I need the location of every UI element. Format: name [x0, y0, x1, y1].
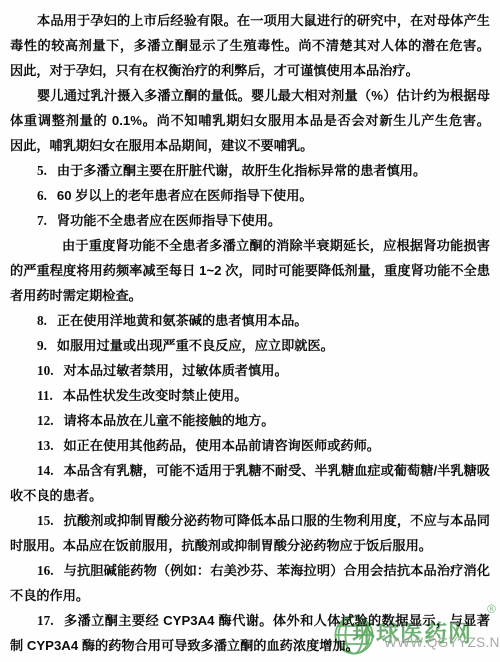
list-item-line: 11.本品性状发生改变时禁止使用。 [10, 383, 490, 408]
line-text: 收不良的患者。 [10, 488, 102, 503]
list-item-line: 12.请将本品放在儿童不能接触的地方。 [10, 408, 490, 433]
list-item-line: 8.正在使用洋地黄和氨茶碱的患者慎用本品。 [10, 308, 490, 333]
item-number: 14. [37, 463, 53, 478]
line-text: 因此，对于孕妇，只有在权衡治疗的利弊后，才可谨慎使用本品治疗。 [10, 63, 419, 78]
line-text: 正在使用洋地黄和氨茶碱的患者慎用本品。 [57, 313, 308, 328]
list-item-line: 6.60 岁以上的老年患者应在医师指导下使用。 [10, 183, 490, 208]
list-item-line: 5.由于多潘立酮主要在肝脏代谢，故肝生化指标异常的患者慎用。 [10, 158, 490, 183]
paragraph-line: 因此，对于孕妇，只有在权衡治疗的利弊后，才可谨慎使用本品治疗。 [10, 58, 490, 83]
list-item-line: 17.多潘立酮主要经 CYP3A4 酶代谢。体外和人体试验的数据显示，与显著抑 [10, 608, 490, 633]
paragraph-line: 的严重程度将用药频率减至每日 1~2 次，同时可能要降低剂量，重度肾功能不全患 [10, 258, 490, 283]
line-text: 毒性的较高剂量下，多潘立酮显示了生殖毒性。尚不清楚其对人体的潜在危害。 [10, 38, 490, 53]
paragraph-line: 不良的作用。 [10, 583, 490, 608]
item-number: 17. [37, 613, 53, 628]
line-text: 由于多潘立酮主要在肝脏代谢，故肝生化指标异常的患者慎用。 [57, 163, 426, 178]
list-item-line: 9.如服用过量或出现严重不良反应，应立即就医。 [10, 333, 490, 358]
paragraph-line: 体重调整剂量的 0.1%。尚不知哺乳期妇女服用本品是否会对新生儿产生危害。 [10, 108, 490, 133]
paragraph-line: 收不良的患者。 [10, 483, 490, 508]
item-number: 16. [37, 563, 53, 578]
list-item-line: 10.对本品过敏者禁用，过敏体质者慎用。 [10, 358, 490, 383]
line-text: 不良的作用。 [10, 588, 89, 603]
list-item-line: 7.肾功能不全患者应在医师指导下使用。 [10, 208, 490, 233]
item-number: 13. [37, 438, 53, 453]
line-text: 的严重程度将用药频率减至每日 1~2 次，同时可能要降低剂量，重度肾功能不全患 [10, 263, 490, 278]
line-text: 者用药时需定期检查。 [10, 288, 142, 303]
item-number: 11. [37, 388, 53, 403]
item-number: 7. [37, 213, 47, 228]
item-number: 15. [37, 513, 53, 528]
list-item-line: 13.如正在使用其他药品，使用本品前请咨询医师或药师。 [10, 433, 490, 458]
paragraph-line: 毒性的较高剂量下，多潘立酮显示了生殖毒性。尚不清楚其对人体的潜在危害。 [10, 33, 490, 58]
line-text: 如正在使用其他药品，使用本品前请咨询医师或药师。 [63, 438, 380, 453]
line-text: 与抗胆碱能药物（例如：右美沙芬、苯海拉明）合用会拮抗本品治疗消化 [63, 563, 490, 578]
line-text: 本品用于孕妇的上市后经验有限。在一项用大鼠进行的研究中，在对母体产生 [37, 13, 490, 28]
item-number: 9. [37, 338, 47, 353]
paragraph-line: 本品用于孕妇的上市后经验有限。在一项用大鼠进行的研究中，在对母体产生 [10, 8, 490, 33]
line-text: 对本品过敏者禁用，过敏体质者慎用。 [63, 363, 287, 378]
paragraph-line: 由于重度肾功能不全患者多潘立酮的消除半衰期延长，应根据肾功能损害 [10, 233, 490, 258]
document-page: 环球医药网 ® WWW.QGYYZS.NET 本品用于孕妇的上市后经验有限。在一… [0, 0, 500, 662]
paragraph-line: 因此，哺乳期妇女在服用本品期间，建议不要哺乳。 [10, 133, 490, 158]
line-text: 肾功能不全患者应在医师指导下使用。 [57, 213, 281, 228]
item-number: 6. [37, 188, 47, 203]
line-text: 制 CYP3A4 酶的药物合用可导致多潘立酮的血药浓度增加。 [10, 638, 359, 653]
paragraph-line: 时服用。本品应在饭前服用，抗酸剂或抑制胃酸分泌药物应于饭后服用。 [10, 533, 490, 558]
line-text: 60 岁以上的老年患者应在医师指导下使用。 [57, 188, 313, 203]
document-lines: 本品用于孕妇的上市后经验有限。在一项用大鼠进行的研究中，在对母体产生毒性的较高剂… [10, 8, 490, 658]
item-number: 12. [37, 413, 53, 428]
line-text: 本品性状发生改变时禁止使用。 [63, 388, 248, 403]
line-text: 请将本品放在儿童不能接触的地方。 [63, 413, 274, 428]
item-number: 5. [37, 163, 47, 178]
line-text: 多潘立酮主要经 CYP3A4 酶代谢。体外和人体试验的数据显示，与显著抑 [37, 613, 490, 633]
list-item-line: 16.与抗胆碱能药物（例如：右美沙芬、苯海拉明）合用会拮抗本品治疗消化 [10, 558, 490, 583]
line-text: 婴儿通过乳汁摄入多潘立酮的量低。婴儿最大相对剂量（%）估计约为根据母 [37, 88, 490, 103]
line-text: 由于重度肾功能不全患者多潘立酮的消除半衰期延长，应根据肾功能损害 [62, 238, 490, 253]
item-number: 10. [37, 363, 53, 378]
line-text: 抗酸剂或抑制胃酸分泌药物可降低本品口服的生物利用度，不应与本品同 [63, 513, 490, 528]
line-text: 因此，哺乳期妇女在服用本品期间，建议不要哺乳。 [10, 138, 313, 153]
list-item-line: 14.本品含有乳糖，可能不适用于乳糖不耐受、半乳糖血症或葡萄糖/半乳糖吸 [10, 458, 490, 483]
item-number: 8. [37, 313, 47, 328]
document-body: 本品用于孕妇的上市后经验有限。在一项用大鼠进行的研究中，在对母体产生毒性的较高剂… [0, 0, 500, 658]
line-text: 体重调整剂量的 0.1%。尚不知哺乳期妇女服用本品是否会对新生儿产生危害。 [10, 113, 490, 128]
line-text: 本品含有乳糖，可能不适用于乳糖不耐受、半乳糖血症或葡萄糖/半乳糖吸 [63, 463, 490, 478]
paragraph-line: 者用药时需定期检查。 [10, 283, 490, 308]
list-item-line: 15.抗酸剂或抑制胃酸分泌药物可降低本品口服的生物利用度，不应与本品同 [10, 508, 490, 533]
line-text: 时服用。本品应在饭前服用，抗酸剂或抑制胃酸分泌药物应于饭后服用。 [10, 538, 432, 553]
paragraph-line: 婴儿通过乳汁摄入多潘立酮的量低。婴儿最大相对剂量（%）估计约为根据母 [10, 83, 490, 108]
paragraph-line: 制 CYP3A4 酶的药物合用可导致多潘立酮的血药浓度增加。 [10, 633, 490, 658]
line-text: 如服用过量或出现严重不良反应，应立即就医。 [57, 338, 334, 353]
